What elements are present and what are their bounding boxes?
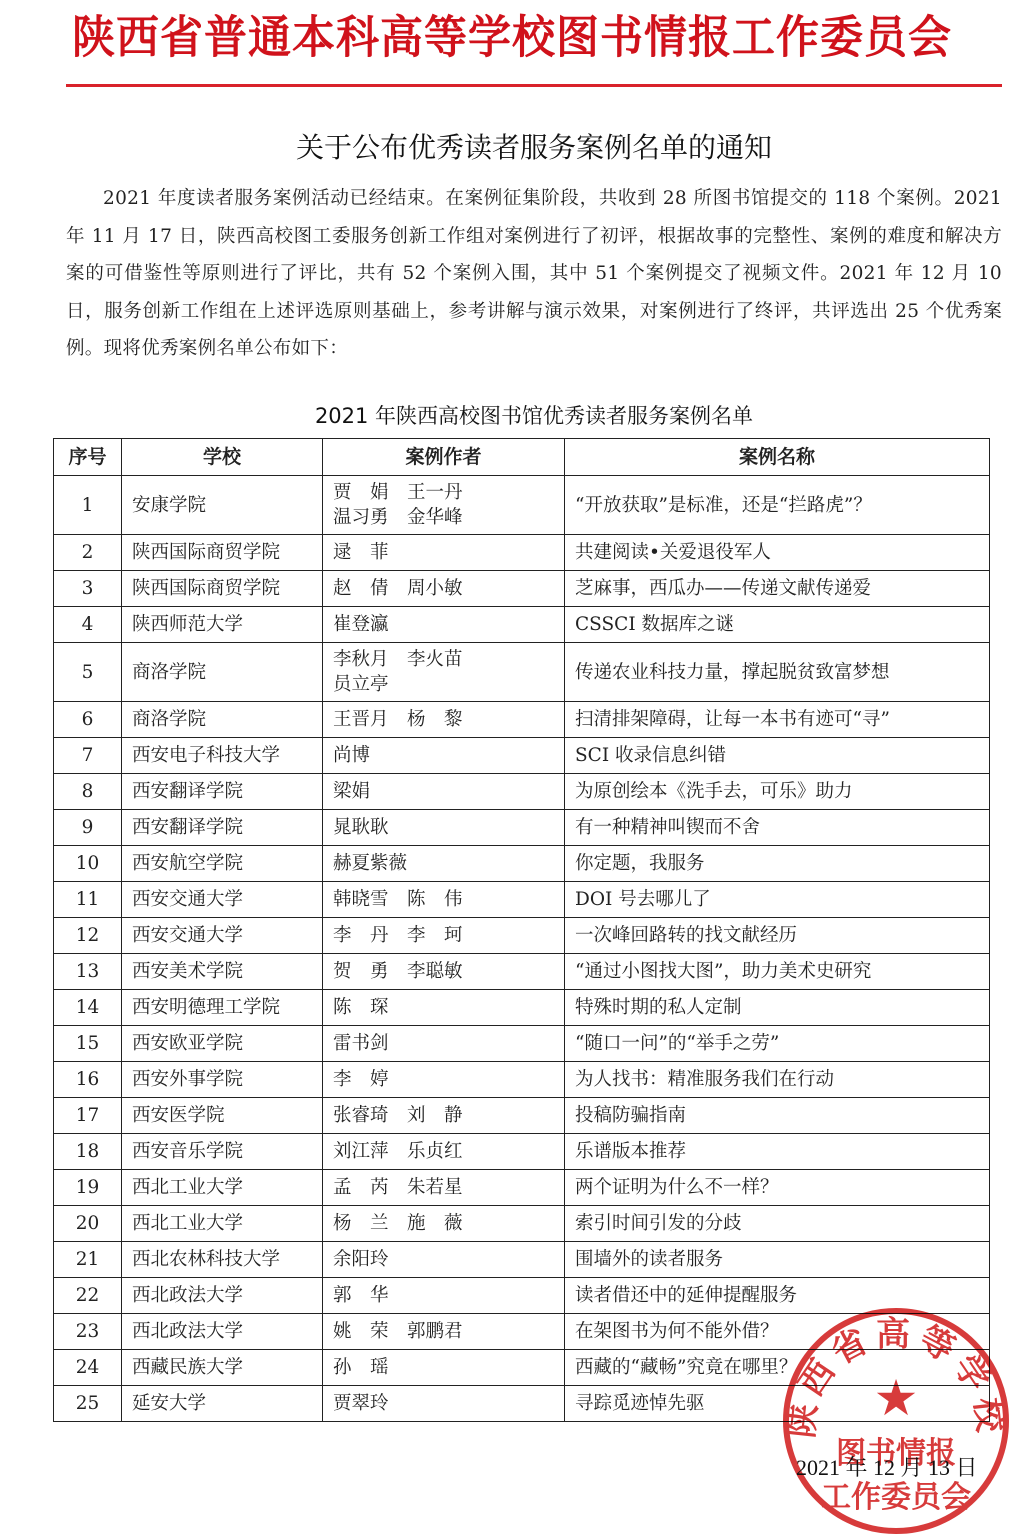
cell-case-name: 投稿防骗指南 bbox=[565, 1098, 990, 1134]
cell-school: 西安欧亚学院 bbox=[122, 1026, 323, 1062]
cell-number: 14 bbox=[54, 990, 122, 1026]
author-line: 梁娟 bbox=[333, 779, 554, 804]
cell-authors: 姚 荣 郭鹏君 bbox=[323, 1314, 565, 1350]
cell-school: 商洛学院 bbox=[122, 702, 323, 738]
cell-case-name: “通过小图找大图”，助力美术史研究 bbox=[565, 954, 990, 990]
seal-center-text-2: 工作委员会 bbox=[821, 1480, 971, 1515]
table-row: 18西安音乐学院刘江萍 乐贞红乐谱版本推荐 bbox=[54, 1134, 990, 1170]
cell-number: 18 bbox=[54, 1134, 122, 1170]
table-header-row: 序号 学校 案例作者 案例名称 bbox=[54, 439, 990, 476]
cell-case-name: 围墙外的读者服务 bbox=[565, 1242, 990, 1278]
author-line: 李 婷 bbox=[333, 1067, 554, 1092]
cell-case-name: SCI 收录信息纠错 bbox=[565, 738, 990, 774]
cell-authors: 尚博 bbox=[323, 738, 565, 774]
cell-number: 9 bbox=[54, 810, 122, 846]
cell-authors: 崔登瀛 bbox=[323, 607, 565, 643]
header-case-name: 案例名称 bbox=[565, 439, 990, 476]
cell-authors: 余阳玲 bbox=[323, 1242, 565, 1278]
cell-case-name: 传递农业科技力量，撑起脱贫致富梦想 bbox=[565, 643, 990, 702]
cell-authors: 李 婷 bbox=[323, 1062, 565, 1098]
author-line: 陈 琛 bbox=[333, 995, 554, 1020]
cell-number: 22 bbox=[54, 1278, 122, 1314]
cell-authors: 贾翠玲 bbox=[323, 1386, 565, 1422]
cell-number: 21 bbox=[54, 1242, 122, 1278]
cell-school: 西北工业大学 bbox=[122, 1206, 323, 1242]
table-row: 9西安翻译学院晁耿耿有一种精神叫锲而不舍 bbox=[54, 810, 990, 846]
author-line: 李 丹 李 珂 bbox=[333, 923, 554, 948]
cell-number: 11 bbox=[54, 882, 122, 918]
letterhead-red-rule bbox=[66, 84, 1002, 87]
cell-school: 陕西师范大学 bbox=[122, 607, 323, 643]
cell-school: 西安交通大学 bbox=[122, 918, 323, 954]
cell-school: 西藏民族大学 bbox=[122, 1350, 323, 1386]
cell-number: 8 bbox=[54, 774, 122, 810]
cell-school: 安康学院 bbox=[122, 476, 323, 535]
author-line: 刘江萍 乐贞红 bbox=[333, 1139, 554, 1164]
cell-school: 西安电子科技大学 bbox=[122, 738, 323, 774]
author-line: 张睿琦 刘 静 bbox=[333, 1103, 554, 1128]
table-row: 11西安交通大学韩晓雪 陈 伟DOI 号去哪儿了 bbox=[54, 882, 990, 918]
cell-number: 7 bbox=[54, 738, 122, 774]
table-row: 3陕西国际商贸学院赵 倩 周小敏芝麻事，西瓜办——传递文献传递爱 bbox=[54, 571, 990, 607]
cell-case-name: 索引时间引发的分歧 bbox=[565, 1206, 990, 1242]
cases-table: 序号 学校 案例作者 案例名称 1安康学院贾 娟 王一丹温习勇 金华峰“开放获取… bbox=[53, 438, 990, 1422]
author-line: 姚 荣 郭鹏君 bbox=[333, 1319, 554, 1344]
cell-authors: 梁娟 bbox=[323, 774, 565, 810]
cell-case-name: DOI 号去哪儿了 bbox=[565, 882, 990, 918]
author-line: 贺 勇 李聪敏 bbox=[333, 959, 554, 984]
table-body: 1安康学院贾 娟 王一丹温习勇 金华峰“开放获取”是标准，还是“拦路虎”？2陕西… bbox=[54, 476, 990, 1422]
cell-case-name: 芝麻事，西瓜办——传递文献传递爱 bbox=[565, 571, 990, 607]
cell-number: 25 bbox=[54, 1386, 122, 1422]
cell-school: 西北农林科技大学 bbox=[122, 1242, 323, 1278]
author-line: 杨 兰 施 薇 bbox=[333, 1211, 554, 1236]
cell-school: 延安大学 bbox=[122, 1386, 323, 1422]
author-line: 逯 菲 bbox=[333, 540, 554, 565]
table-row: 6商洛学院王晋月 杨 黎扫清排架障碍，让每一本书有迹可“寻” bbox=[54, 702, 990, 738]
cell-authors: 李秋月 李火苗员立亭 bbox=[323, 643, 565, 702]
cell-number: 24 bbox=[54, 1350, 122, 1386]
cell-case-name: 一次峰回路转的找文献经历 bbox=[565, 918, 990, 954]
author-line: 赫夏紫薇 bbox=[333, 851, 554, 876]
table-row: 8西安翻译学院梁娟为原创绘本《洗手去，可乐》助力 bbox=[54, 774, 990, 810]
issue-date: 2021 年 12 月 13 日 bbox=[796, 1453, 978, 1483]
cell-authors: 晁耿耿 bbox=[323, 810, 565, 846]
cell-authors: 张睿琦 刘 静 bbox=[323, 1098, 565, 1134]
cell-school: 西安音乐学院 bbox=[122, 1134, 323, 1170]
cell-case-name: 共建阅读•关爱退役军人 bbox=[565, 535, 990, 571]
cell-number: 19 bbox=[54, 1170, 122, 1206]
author-line: 员立亭 bbox=[333, 672, 554, 697]
cell-number: 1 bbox=[54, 476, 122, 535]
cell-authors: 韩晓雪 陈 伟 bbox=[323, 882, 565, 918]
cell-case-name: 两个证明为什么不一样？ bbox=[565, 1170, 990, 1206]
cell-authors: 陈 琛 bbox=[323, 990, 565, 1026]
cell-school: 商洛学院 bbox=[122, 643, 323, 702]
cell-authors: 雷书剑 bbox=[323, 1026, 565, 1062]
table-row: 15西安欧亚学院雷书剑“随口一问”的“举手之劳” bbox=[54, 1026, 990, 1062]
cell-number: 5 bbox=[54, 643, 122, 702]
author-line: 温习勇 金华峰 bbox=[333, 505, 554, 530]
cell-case-name: “开放获取”是标准，还是“拦路虎”？ bbox=[565, 476, 990, 535]
author-line: 贾 娟 王一丹 bbox=[333, 480, 554, 505]
table-row: 14西安明德理工学院陈 琛特殊时期的私人定制 bbox=[54, 990, 990, 1026]
header-authors: 案例作者 bbox=[323, 439, 565, 476]
letterhead-title: 陕西省普通本科高等学校图书情报工作委员会 bbox=[0, 7, 1024, 70]
cell-case-name: 特殊时期的私人定制 bbox=[565, 990, 990, 1026]
cell-case-name: 为原创绘本《洗手去，可乐》助力 bbox=[565, 774, 990, 810]
cell-school: 西安外事学院 bbox=[122, 1062, 323, 1098]
cell-authors: 孟 芮 朱若星 bbox=[323, 1170, 565, 1206]
cell-school: 陕西国际商贸学院 bbox=[122, 535, 323, 571]
cell-case-name: 你定题，我服务 bbox=[565, 846, 990, 882]
header-number: 序号 bbox=[54, 439, 122, 476]
star-icon: ★ bbox=[874, 1369, 919, 1427]
cell-authors: 王晋月 杨 黎 bbox=[323, 702, 565, 738]
cell-number: 6 bbox=[54, 702, 122, 738]
table-row: 21西北农林科技大学余阳玲围墙外的读者服务 bbox=[54, 1242, 990, 1278]
cell-authors: 贾 娟 王一丹温习勇 金华峰 bbox=[323, 476, 565, 535]
cell-number: 20 bbox=[54, 1206, 122, 1242]
cell-authors: 赵 倩 周小敏 bbox=[323, 571, 565, 607]
cell-authors: 郭 华 bbox=[323, 1278, 565, 1314]
author-line: 崔登瀛 bbox=[333, 612, 554, 637]
header-school: 学校 bbox=[122, 439, 323, 476]
cell-number: 2 bbox=[54, 535, 122, 571]
table-title: 2021 年陕西高校图书馆优秀读者服务案例名单 bbox=[0, 398, 1024, 434]
cell-school: 西北政法大学 bbox=[122, 1314, 323, 1350]
cell-case-name: “随口一问”的“举手之劳” bbox=[565, 1026, 990, 1062]
cell-authors: 杨 兰 施 薇 bbox=[323, 1206, 565, 1242]
cell-school: 西安美术学院 bbox=[122, 954, 323, 990]
cell-number: 4 bbox=[54, 607, 122, 643]
author-line: 晁耿耿 bbox=[333, 815, 554, 840]
official-seal: 陕西省高等学校 ★ 图书情报 工作委员会 bbox=[778, 1303, 1014, 1539]
table-row: 2陕西国际商贸学院逯 菲共建阅读•关爱退役军人 bbox=[54, 535, 990, 571]
table-row: 1安康学院贾 娟 王一丹温习勇 金华峰“开放获取”是标准，还是“拦路虎”？ bbox=[54, 476, 990, 535]
cell-school: 西安明德理工学院 bbox=[122, 990, 323, 1026]
cell-school: 西安翻译学院 bbox=[122, 810, 323, 846]
cell-number: 23 bbox=[54, 1314, 122, 1350]
cell-number: 10 bbox=[54, 846, 122, 882]
cell-case-name: 扫清排架障碍，让每一本书有迹可“寻” bbox=[565, 702, 990, 738]
author-line: 韩晓雪 陈 伟 bbox=[333, 887, 554, 912]
cell-case-name: CSSCI 数据库之谜 bbox=[565, 607, 990, 643]
cell-number: 16 bbox=[54, 1062, 122, 1098]
cell-authors: 逯 菲 bbox=[323, 535, 565, 571]
cell-school: 西安航空学院 bbox=[122, 846, 323, 882]
cell-school: 西北工业大学 bbox=[122, 1170, 323, 1206]
cell-authors: 贺 勇 李聪敏 bbox=[323, 954, 565, 990]
cell-number: 12 bbox=[54, 918, 122, 954]
author-line: 余阳玲 bbox=[333, 1247, 554, 1272]
cell-number: 3 bbox=[54, 571, 122, 607]
cell-number: 13 bbox=[54, 954, 122, 990]
table-row: 10西安航空学院赫夏紫薇你定题，我服务 bbox=[54, 846, 990, 882]
author-line: 孙 瑶 bbox=[333, 1355, 554, 1380]
cell-number: 17 bbox=[54, 1098, 122, 1134]
notice-body-paragraph: 2021 年度读者服务案例活动已经结束。在案例征集阶段，共收到 28 所图书馆提… bbox=[66, 180, 1002, 368]
table-row: 12西安交通大学李 丹 李 珂一次峰回路转的找文献经历 bbox=[54, 918, 990, 954]
table-row: 20西北工业大学杨 兰 施 薇索引时间引发的分歧 bbox=[54, 1206, 990, 1242]
author-line: 赵 倩 周小敏 bbox=[333, 576, 554, 601]
table-row: 17西安医学院张睿琦 刘 静投稿防骗指南 bbox=[54, 1098, 990, 1134]
table-row: 19西北工业大学孟 芮 朱若星两个证明为什么不一样？ bbox=[54, 1170, 990, 1206]
author-line: 贾翠玲 bbox=[333, 1391, 554, 1416]
cell-school: 西安交通大学 bbox=[122, 882, 323, 918]
table-row: 4陕西师范大学崔登瀛CSSCI 数据库之谜 bbox=[54, 607, 990, 643]
cell-authors: 孙 瑶 bbox=[323, 1350, 565, 1386]
table-row: 7西安电子科技大学尚博SCI 收录信息纠错 bbox=[54, 738, 990, 774]
table-row: 16西安外事学院李 婷为人找书：精准服务我们在行动 bbox=[54, 1062, 990, 1098]
cell-case-name: 乐谱版本推荐 bbox=[565, 1134, 990, 1170]
cell-number: 15 bbox=[54, 1026, 122, 1062]
notice-title: 关于公布优秀读者服务案例名单的通知 bbox=[0, 128, 1024, 168]
table-row: 5商洛学院李秋月 李火苗员立亭传递农业科技力量，撑起脱贫致富梦想 bbox=[54, 643, 990, 702]
author-line: 尚博 bbox=[333, 743, 554, 768]
table-row: 13西安美术学院贺 勇 李聪敏“通过小图找大图”，助力美术史研究 bbox=[54, 954, 990, 990]
cell-authors: 刘江萍 乐贞红 bbox=[323, 1134, 565, 1170]
author-line: 郭 华 bbox=[333, 1283, 554, 1308]
cell-case-name: 为人找书：精准服务我们在行动 bbox=[565, 1062, 990, 1098]
cell-school: 西安翻译学院 bbox=[122, 774, 323, 810]
author-line: 李秋月 李火苗 bbox=[333, 647, 554, 672]
cell-authors: 赫夏紫薇 bbox=[323, 846, 565, 882]
cell-authors: 李 丹 李 珂 bbox=[323, 918, 565, 954]
author-line: 王晋月 杨 黎 bbox=[333, 707, 554, 732]
author-line: 雷书剑 bbox=[333, 1031, 554, 1056]
cell-school: 西安医学院 bbox=[122, 1098, 323, 1134]
cell-case-name: 有一种精神叫锲而不舍 bbox=[565, 810, 990, 846]
author-line: 孟 芮 朱若星 bbox=[333, 1175, 554, 1200]
cell-school: 西北政法大学 bbox=[122, 1278, 323, 1314]
cell-school: 陕西国际商贸学院 bbox=[122, 571, 323, 607]
